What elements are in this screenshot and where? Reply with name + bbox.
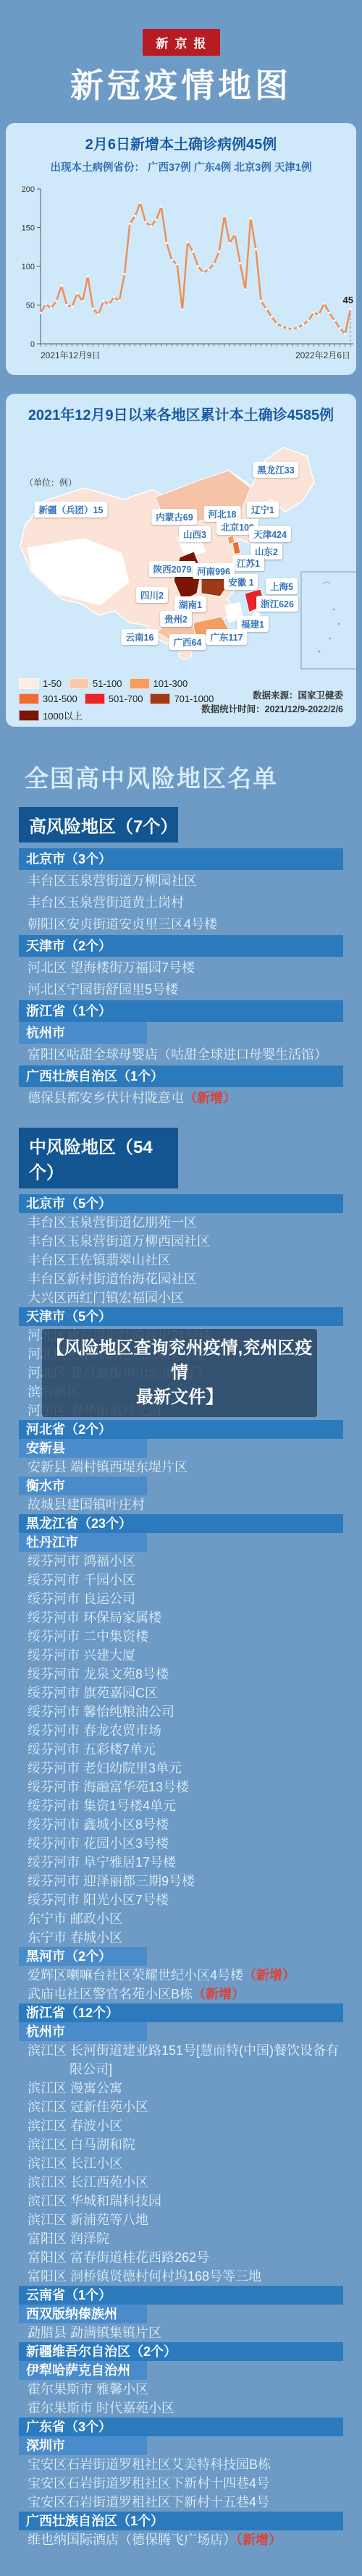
risk-area-item: 大兴区西红门镇宏福园小区 <box>19 1288 343 1307</box>
city-header-bar: 西双版纳傣族州 <box>19 2305 147 2323</box>
china-map-area: （单位：例） <box>12 428 356 675</box>
risk-section-title: 全国高中风险地区名单 <box>25 760 343 794</box>
source-period-line: 数据统计时间：2021/12/9-2022/2/6 <box>201 703 343 717</box>
data-point <box>334 319 336 321</box>
y-tick-label: 150 <box>22 224 35 232</box>
map-province-label: 云南16 <box>122 629 159 645</box>
risk-area-item: 宝安区石岩街道罗租社区下新村十五巷4号 <box>19 2493 343 2512</box>
risk-area-item: 滨江区 华城和瑞科技园 <box>19 2192 343 2210</box>
data-point <box>123 273 125 275</box>
risk-area-item: 绥芬河市 鑫城小区8号楼 <box>19 1815 343 1834</box>
map-province-label: 安徽 1 <box>224 574 258 590</box>
map-province-label: 山西3 <box>179 526 211 542</box>
data-point <box>297 326 299 329</box>
data-point <box>92 308 94 310</box>
data-point <box>302 323 304 325</box>
risk-area-item: 绥芬河市 集资1号楼4单元 <box>19 1796 343 1815</box>
legend-item: 1000以上 <box>19 709 83 722</box>
data-point <box>171 258 173 261</box>
new-badge: （新增） <box>243 1968 295 1982</box>
data-point <box>134 214 136 216</box>
data-point <box>55 300 57 302</box>
risk-area-item: 滨江区 白马湖和院 <box>19 2135 343 2154</box>
data-point <box>39 311 41 313</box>
risk-area-item: 武庙屯社区警官名苑小区B栋（新增） <box>19 1985 343 2003</box>
data-point <box>102 300 104 302</box>
legend-label: 501-700 <box>109 693 143 704</box>
infographic-root: 新京报 新冠疫情地图 2月6日新增本土确诊病例45例 出现本土病例省份： 广西3… <box>0 0 362 2576</box>
province-header-bar: 天津市（2个） <box>19 935 343 957</box>
risk-area-item: 河北区宁园街舒园里5号楼 <box>19 979 343 1000</box>
risk-area-item: 滨江区 漫寓公寓 <box>19 2079 343 2098</box>
y-tick-label: 50 <box>26 301 35 310</box>
high-risk-header: 高风险地区（7个） <box>19 807 178 843</box>
risk-area-item: 丰台区玉泉营街道黄土岗村 <box>19 892 343 913</box>
legend-swatch <box>69 678 89 689</box>
risk-area-item: 绥芬河市 二中集资楼 <box>19 1627 343 1646</box>
map-legend-area: 1-5051-100101-300301-500501-700701-10001… <box>19 676 343 718</box>
legend-swatch <box>85 693 105 704</box>
data-point <box>229 242 231 244</box>
data-point <box>281 325 283 327</box>
legend-swatch <box>130 678 150 689</box>
risk-area-item: 绥芬河市 兴建大厦 <box>19 1646 343 1665</box>
data-point <box>208 268 210 270</box>
source-line: 数据来源：国家卫健委 <box>201 689 343 703</box>
risk-area-item: 滨江区 春波小区 <box>19 2116 343 2135</box>
legend-swatch <box>19 693 39 704</box>
page-header: 新京报 新冠疫情地图 <box>0 0 362 104</box>
risk-area-item: 富阳区 润泽院 <box>19 2229 343 2248</box>
legend-label: 51-100 <box>93 678 122 689</box>
data-point <box>187 241 189 243</box>
legend-swatch <box>19 678 39 689</box>
legend-item: 101-300 <box>130 678 188 689</box>
map-province-label: 广西64 <box>169 634 206 650</box>
trend-chart-area: 050100150200452021年12月9日2022年2月6日 <box>16 179 346 368</box>
data-point <box>307 319 309 321</box>
data-point <box>144 221 146 223</box>
legend-swatch <box>19 710 39 721</box>
data-point <box>286 327 288 329</box>
y-tick-label: 0 <box>30 340 35 349</box>
map-province-label: 新疆（兵团）15 <box>35 502 108 518</box>
data-point <box>202 271 204 274</box>
province-header-bar: 云南省（1个） <box>19 2286 343 2305</box>
risk-area-item: 河北区 望海楼街万福园7号楼 <box>19 957 343 979</box>
legend-label: 301-500 <box>43 693 77 704</box>
risk-area-item: 丰台区新村街道怡海花园社区 <box>19 1270 343 1288</box>
medium-risk-header: 中风险地区（54个） <box>19 1128 178 1188</box>
data-point <box>339 327 341 329</box>
data-point <box>150 224 152 227</box>
risk-area-item: 丰台区王佐镇翡翠山社区 <box>19 1251 343 1270</box>
map-province-label: 天津424 <box>249 526 291 542</box>
y-tick-label: 200 <box>22 185 35 194</box>
risk-area-item: 绥芬河市 馨怡纯粮油公司 <box>19 1702 343 1721</box>
data-point <box>45 303 47 305</box>
city-header-bar: 深圳市 <box>19 2436 147 2455</box>
legend-item: 1-50 <box>19 678 62 689</box>
risk-area-item: 爱辉区喇嘛台社区荣耀世纪小区4号楼（新增） <box>19 1966 343 1985</box>
risk-area-item: 绥芬河市 春龙农贸市场 <box>19 1721 343 1740</box>
risk-area-item: 德保县都安乡伏计村陇意屯（新增） <box>19 1087 343 1109</box>
data-point <box>239 262 241 264</box>
daily-new-cases-card: 2月6日新增本土确诊病例45例 出现本土病例省份： 广西37例 广东4例 北京3… <box>6 123 356 375</box>
data-point <box>271 316 273 318</box>
map-province-label: 黑龙江33 <box>253 462 298 478</box>
risk-area-item: 东宁市 春城小区 <box>19 1928 343 1947</box>
risk-area-item: 霍尔果斯市 雅馨小区 <box>19 2380 343 2399</box>
risk-area-item: 东宁市 邮政小区 <box>19 1909 343 1928</box>
map-province-label: 内蒙古69 <box>151 509 197 525</box>
last-value-label: 45 <box>343 294 353 305</box>
risk-area-item: 宝安区石岩街道罗租社区艾美特科技园B栋 <box>19 2455 343 2474</box>
risk-area-item: 绥芬河市 五彩楼7单元 <box>19 1740 343 1759</box>
province-header-bar: 天津市（5个） <box>19 1307 343 1326</box>
page-title: 新冠疫情地图 <box>0 67 362 104</box>
city-header-bar: 安新县 <box>19 1439 147 1458</box>
watermark-line2: 最新文件】 <box>46 1385 313 1410</box>
province-header-bar: 新疆维吾尔自治区（2个） <box>19 2342 343 2361</box>
data-point <box>234 233 236 235</box>
chart-axes <box>41 189 353 344</box>
data-point <box>260 300 262 302</box>
map-province-label: 陕西2079 <box>149 561 196 577</box>
map-province-label: 江苏1 <box>232 555 264 571</box>
trend-line <box>41 203 350 334</box>
risk-area-item: 绥芬河市 千园小区 <box>19 1571 343 1589</box>
province-header-bar: 北京市（3个） <box>19 848 343 870</box>
watermark-line1: 【风险地区查询兖州疫情,兖州区疫情 <box>46 1336 313 1385</box>
data-point <box>265 308 267 310</box>
risk-area-item: 绥芬河市 环保局家属楼 <box>19 1608 343 1627</box>
city-header-bar: 杭州市 <box>19 1022 147 1044</box>
risk-area-item: 勐腊县 勐满镇集镇片区 <box>19 2323 343 2342</box>
risk-area-item: 绥芬河市 迎泽丽都三期9号楼 <box>19 1872 343 1891</box>
risk-area-item: 丰台区玉泉营街道亿朋苑一区 <box>19 1213 343 1232</box>
risk-area-item: 宝安区石岩街道罗租社区下新村十四巷4号 <box>19 2474 343 2493</box>
data-point <box>108 303 110 305</box>
data-point <box>176 263 178 265</box>
risk-area-item: 绥芬河市 阳光小区7号楼 <box>19 1891 343 1909</box>
y-tick-label: 100 <box>22 263 35 271</box>
map-province-label: 广东117 <box>206 629 247 645</box>
data-point <box>71 305 73 308</box>
risk-area-item: 丰台区玉泉营街道万柳西园社区 <box>19 1232 343 1251</box>
data-point <box>192 250 194 253</box>
data-point <box>276 322 278 324</box>
map-province-label: 辽宁1 <box>247 502 279 518</box>
data-point <box>197 265 199 267</box>
data-point <box>139 201 141 203</box>
data-point <box>97 313 99 315</box>
province-header-bar: 北京市（5个） <box>19 1194 343 1213</box>
risk-area-item: 富阳区 洞桥镇贤德村何村坞168号等三地 <box>19 2267 343 2286</box>
risk-area-item: 故城县建国镇叶庄村 <box>19 1495 343 1514</box>
city-header-bar: 衡水市 <box>19 1477 147 1495</box>
x-axis-end-label: 2022年2月6日 <box>295 350 350 360</box>
data-point <box>292 328 294 330</box>
city-header-bar: 伊犁哈萨克自治州 <box>19 2361 147 2380</box>
risk-area-item: 绥芬河市 龙泉文苑8号楼 <box>19 1665 343 1684</box>
data-point <box>323 302 325 304</box>
new-badge: （新增） <box>193 1987 245 2001</box>
data-point <box>244 288 246 290</box>
chart-subtitle: 出现本土病例省份： 广西37例 广东4例 北京3例 天津1例 <box>16 159 346 174</box>
legend-label: 1-50 <box>43 678 62 689</box>
risk-area-item: 安新县 端村镇西堤东堤片区 <box>19 1458 343 1477</box>
risk-area-item: 绥芬河市 旗苑嘉园C区 <box>19 1684 343 1702</box>
risk-list-section: 全国高中风险地区名单 高风险地区（7个） 北京市（3个）丰台区玉泉营街道万柳园社… <box>19 760 343 2549</box>
data-point <box>81 300 83 302</box>
data-point <box>113 296 115 298</box>
risk-area-item: 滨江区 冠新佳苑小区 <box>19 2098 343 2116</box>
high-risk-rows: 北京市（3个）丰台区玉泉营街道万柳园社区丰台区玉泉营街道黄土岗村朝阳区安贞街道安… <box>19 848 343 1109</box>
map-province-label: 四川2 <box>136 587 168 603</box>
city-header-bar: 黑河市（2个） <box>19 1947 147 1966</box>
risk-area-item: 滨江区 新浦苑等八地 <box>19 2210 343 2229</box>
data-point <box>218 250 220 253</box>
province-header-bar: 黑龙江省（23个） <box>19 1514 343 1533</box>
legend-swatch <box>150 693 170 704</box>
data-point <box>129 222 131 224</box>
map-province-label: 湖南1 <box>174 596 206 612</box>
data-point <box>66 303 68 305</box>
data-point <box>223 214 225 216</box>
data-point <box>118 299 120 301</box>
legend-item: 501-700 <box>85 693 143 704</box>
risk-area-item: 绥芬河市 老妇幼院里3单元 <box>19 1759 343 1778</box>
province-header-bar: 广西壮族自治区（1个） <box>19 1065 343 1087</box>
city-header-bar: 牡丹江市 <box>19 1533 147 1552</box>
chart-title: 2月6日新增本土确诊病例45例 <box>16 135 346 155</box>
data-point <box>250 217 252 219</box>
risk-area-item: 朝阳区安贞街道安贞里三区4号楼 <box>19 913 343 935</box>
data-source-note: 数据来源：国家卫健委 数据统计时间：2021/12/9-2022/2/6 <box>201 689 343 717</box>
map-province-label: 浙江626 <box>256 596 298 612</box>
data-point <box>344 332 346 334</box>
province-header-bar: 浙江省（1个） <box>19 1000 343 1022</box>
trend-line-chart: 050100150200452021年12月9日2022年2月6日 <box>16 179 356 364</box>
legend-label: 101-300 <box>153 678 188 689</box>
risk-area-item: 绥芬河市 良运公司 <box>19 1589 343 1608</box>
risk-area-item: 滨江区 长河街道建业路151号[慧而特(中国)餐饮设备有限公司] <box>19 2041 343 2079</box>
new-badge: （新增） <box>184 1091 236 1105</box>
province-header-bar: 河北省（2个） <box>19 1420 343 1439</box>
legend-item: 51-100 <box>69 678 122 689</box>
data-point <box>160 206 162 208</box>
new-badge: （新增） <box>236 2533 282 2547</box>
data-point <box>349 308 351 310</box>
data-point <box>181 308 183 311</box>
legend-item: 301-500 <box>19 693 77 704</box>
cumulative-map-card: 2021年12月9日以来各地区累计本土确诊4585例 （单位：例） <box>6 394 356 727</box>
risk-area-item: 绥芬河市 鸿福小区 <box>19 1552 343 1571</box>
data-point <box>313 311 315 313</box>
data-point <box>255 248 257 250</box>
sea-inset <box>301 572 356 669</box>
risk-area-item: 绥芬河市 阜宁雅居17号楼 <box>19 1853 343 1872</box>
brand-badge: 新京报 <box>143 29 220 56</box>
legend-label: 1000以上 <box>43 709 83 722</box>
risk-area-item: 丰台区玉泉营街道万柳园社区 <box>19 870 343 892</box>
data-point <box>318 313 320 315</box>
data-point <box>87 275 89 277</box>
risk-area-item: 绥芬河市 花园小区3号楼 <box>19 1834 343 1853</box>
risk-area-item: 霍尔果斯市 时代嘉苑小区 <box>19 2399 343 2417</box>
data-point <box>166 242 168 244</box>
data-point <box>60 284 62 287</box>
x-axis-start-label: 2021年12月9日 <box>41 350 101 360</box>
map-province-label: 上海5 <box>266 578 298 594</box>
province-header-bar: 广东省（3个） <box>19 2417 343 2436</box>
risk-area-item: 绥芬河市 海融富华苑13号楼 <box>19 1778 343 1796</box>
risk-area-item: 维也纳国际酒店（德保腾飞广场店）（新增） <box>19 2530 343 2549</box>
data-point <box>328 311 330 313</box>
data-point <box>213 263 215 265</box>
risk-area-item: 富阳区 富春街道桂花西路262号 <box>19 2248 343 2267</box>
watermark-overlay: 【风险地区查询兖州疫情,兖州区疫情 最新文件】 <box>42 1329 317 1417</box>
risk-area-item: 滨江区 长江西苑小区 <box>19 2173 343 2192</box>
data-point <box>50 307 52 309</box>
risk-area-item: 滨江区 长江小区 <box>19 2154 343 2173</box>
city-header-bar: 杭州市 <box>19 2022 147 2041</box>
unit-note: （单位：例） <box>25 476 77 489</box>
map-title: 2021年12月9日以来各地区累计本土确诊4585例 <box>12 405 350 426</box>
data-point <box>76 292 78 294</box>
data-point <box>155 219 157 221</box>
province-header-bar: 浙江省（12个） <box>19 2003 343 2022</box>
province-header-bar: 广西壮族自治区（1个） <box>19 2512 343 2530</box>
risk-area-item: 富阳区咕甜全球母婴店（咕甜全球进口母婴生活馆） <box>19 1044 343 1065</box>
map-province-label: 贵州2 <box>160 611 192 627</box>
